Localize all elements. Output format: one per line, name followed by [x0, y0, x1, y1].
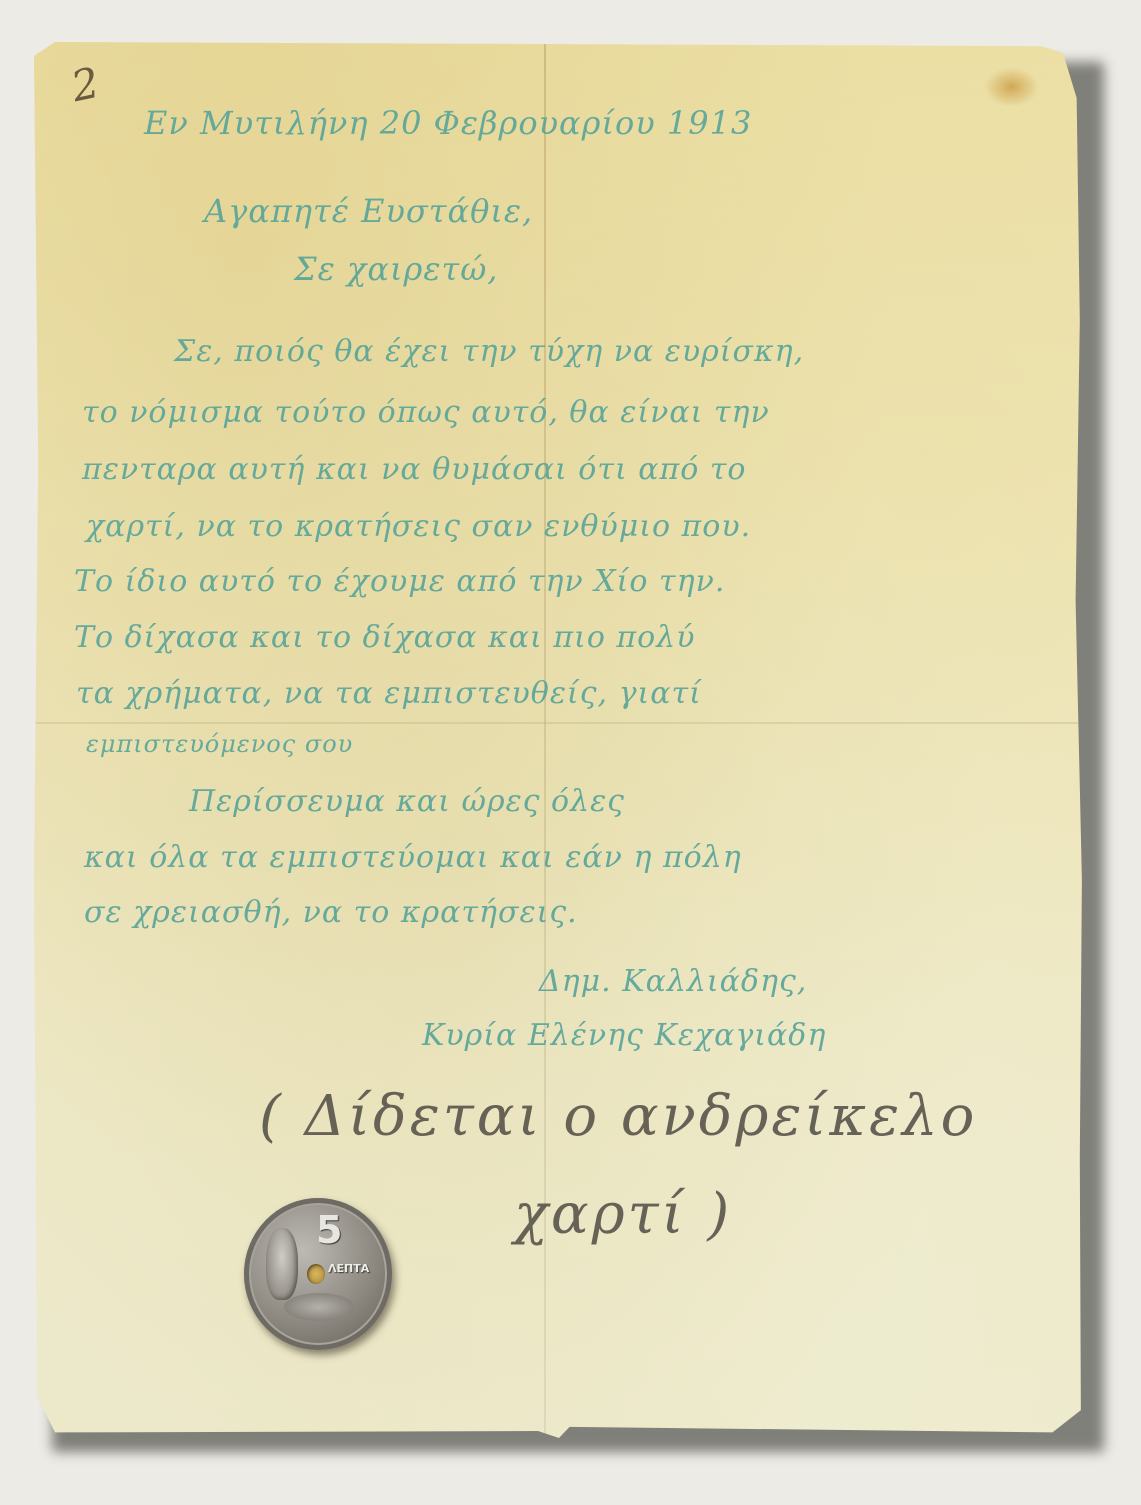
coin-center-hole	[307, 1264, 325, 1284]
olive-branch-icon	[284, 1293, 354, 1321]
horizontal-fold-crease	[34, 722, 1084, 724]
date-line: Εν Μυτιλήνη 20 Φεβρουαρίου 1913	[144, 104, 752, 142]
body-line-8: εμπιστευόμενος σου	[86, 730, 353, 758]
coin-value: 5	[316, 1208, 342, 1252]
closing-line-1: Περίσσευμα και ώρες όλες	[189, 784, 625, 819]
body-line-3: πενταρα αυτή και να θυμάσαι ότι από το	[82, 452, 746, 487]
page-number: 2	[67, 58, 103, 111]
body-line-6: Το δίχασα και το δίχασα και πιο πολύ	[74, 620, 695, 655]
body-line-5: Το ίδιο αυτό το έχουμε από την Χίο την.	[74, 564, 725, 599]
pencil-annotation-line-1: ( Δίδεται ο ανδρείκελο	[259, 1084, 977, 1149]
body-line-4: χαρτί, να το κρατήσεις σαν ενθύμιο που.	[86, 509, 751, 544]
body-line-7: τα χρήματα, να τα εμπιστευθείς, γιατί	[76, 676, 702, 711]
body-line-1: Σε, ποιός θα έχει την τύχη να ευρίσκη,	[174, 334, 804, 369]
salutation: Αγαπητέ Ευστάθιε,	[204, 192, 533, 230]
closing-line-3: σε χρειασθή, να το κρατήσεις.	[84, 895, 578, 930]
closing-line-2: και όλα τα εμπιστεύομαι και εάν η πόλη	[84, 840, 742, 875]
pencil-annotation-line-2: χαρτί )	[514, 1182, 732, 1247]
body-line-2: το νόμισμα τούτο όπως αυτό, θα είναι την	[82, 395, 770, 430]
coin-5-lepta: 5 ΛΕΠΤΑ	[244, 1198, 392, 1350]
signature-recipient: Κυρία Ελένης Κεχαγιάδη	[422, 1018, 826, 1053]
greeting: Σε χαιρετώ,	[294, 250, 498, 288]
coin-unit: ΛΕΠΤΑ	[328, 1262, 369, 1275]
owl-emblem-icon	[266, 1228, 298, 1300]
letter-paper: 2 Εν Μυτιλήνη 20 Φεβρουαρίου 1913 Αγαπητ…	[34, 42, 1084, 1438]
stain-mark	[984, 67, 1039, 107]
signature: Δημ. Καλλιάδης,	[539, 964, 807, 999]
